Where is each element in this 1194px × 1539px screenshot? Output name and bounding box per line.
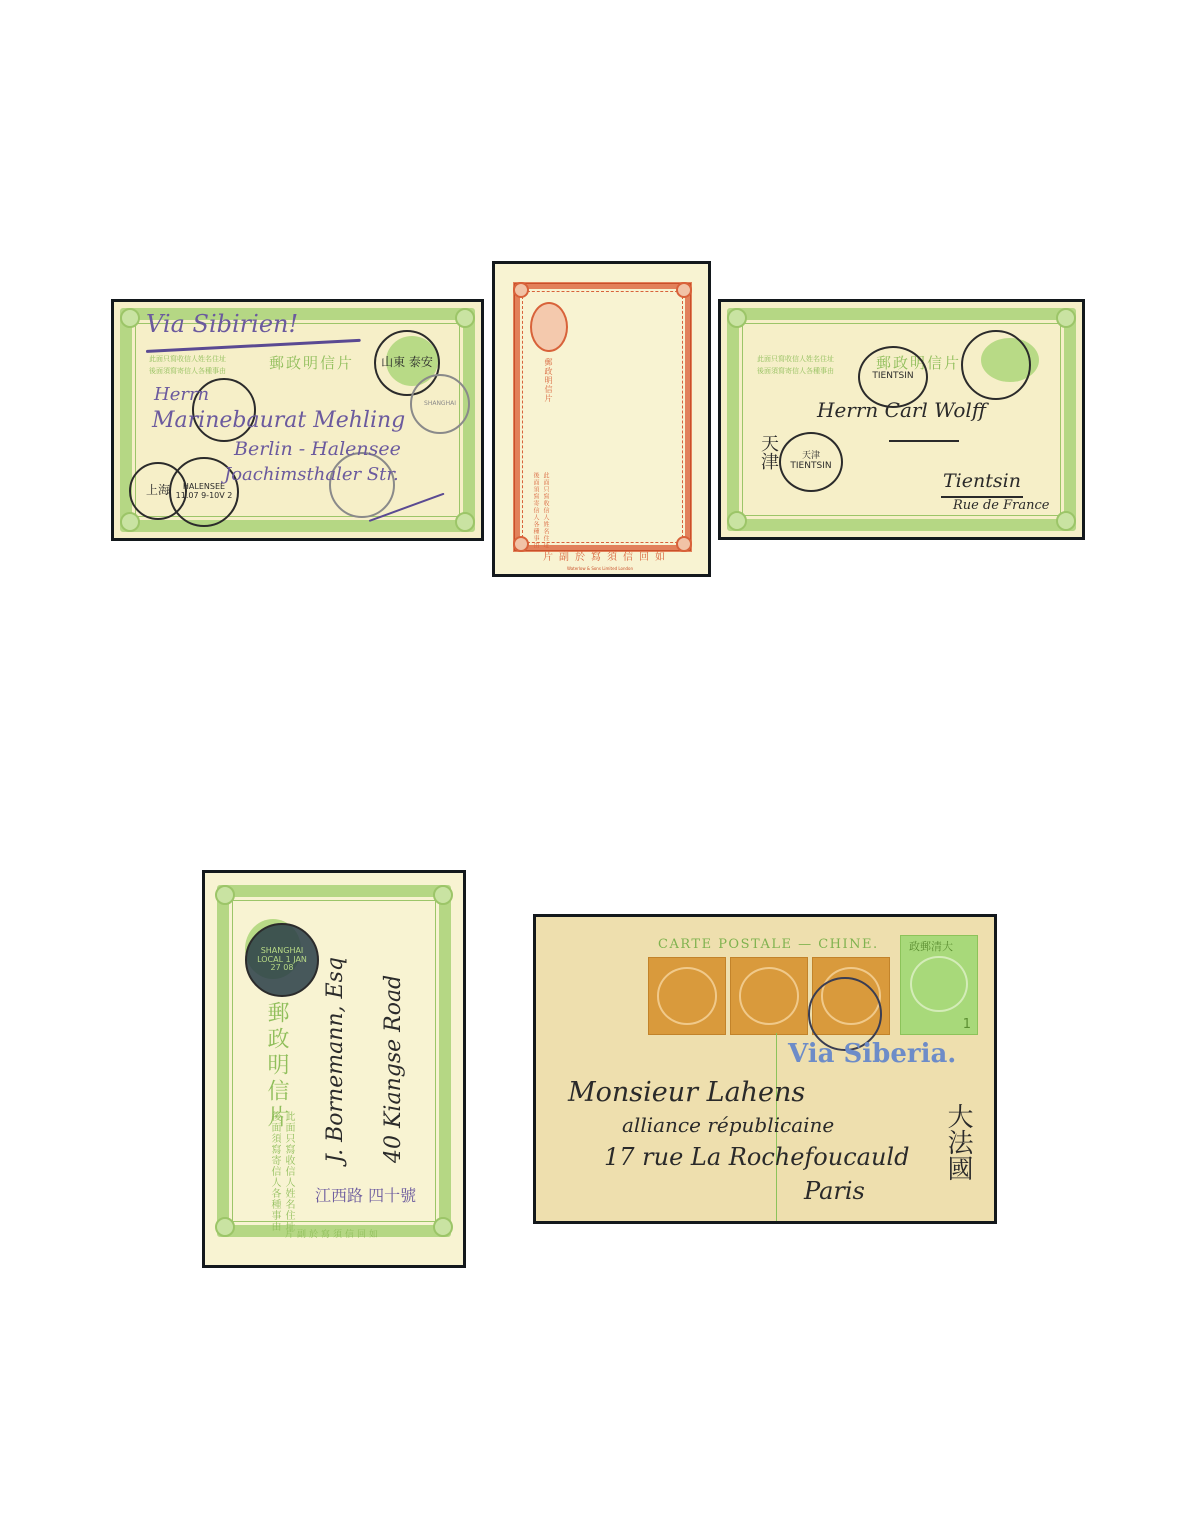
postcard-red-unused: 郵政明信片 此面只寫收信人姓名住址 後面須寫寄信人各種事由 如回信須寫於副片 W… [492, 261, 711, 577]
manuscript-chinese: 江西路 四十號 [315, 1183, 416, 1206]
bottom-reply-text: 如回信須寫於副片 [285, 1227, 381, 1240]
manuscript-address-line: alliance républicaine [622, 1113, 834, 1137]
corner-ornament-icon [433, 885, 453, 905]
corner-ornament-icon [1056, 308, 1076, 328]
manuscript-address-line: 40 Kiangse Road [381, 933, 406, 1163]
manuscript-routing: Via Sibirien! [146, 310, 298, 338]
manuscript-address-line: Monsieur Lahens [568, 1077, 805, 1108]
manuscript-address-line: Joachimsthaler Str. [224, 464, 399, 485]
printed-instruction: 此面只寫收信人姓名住址 [757, 354, 834, 364]
adhesive-stamp-1 [648, 957, 726, 1035]
corner-ornament-icon [676, 282, 692, 298]
postmark-shanghai: SHANGHAI [410, 374, 470, 434]
manuscript-address-line: Herrn Carl Wolff [817, 398, 986, 422]
manuscript-address-line: Tientsin [943, 470, 1021, 492]
adhesive-stamp-2 [730, 957, 808, 1035]
manuscript-address-line: Marinebaurat Mehling [152, 408, 405, 433]
corner-ornament-icon [676, 536, 692, 552]
printed-title: 郵政明信片 [543, 358, 554, 403]
manuscript-address-line: J. Bornemann, Esq [323, 913, 348, 1163]
manuscript-chinese: 天津 [755, 434, 781, 470]
stamp-value: 1 [963, 1017, 971, 1032]
corner-ornament-icon [120, 512, 140, 532]
corner-ornament-icon [727, 511, 747, 531]
corner-ornament-icon [120, 308, 140, 328]
printed-instruction: 此面只寫收信人姓名住址 [281, 1111, 296, 1232]
manuscript-chinese: 大法國 [940, 1103, 977, 1181]
bottom-reply-text: 如回信須寫於副片 [543, 548, 671, 563]
manuscript-address-line: Rue de France [953, 498, 1049, 513]
corner-ornament-icon [215, 1217, 235, 1237]
corner-ornament-icon [433, 1217, 453, 1237]
postcard-shanghai-local: SHANGHAI LOCAL 1 JAN 27 08 郵政明信片 此面只寫收信人… [202, 870, 466, 1268]
manuscript-address-line: Herrn [154, 384, 209, 405]
corner-ornament-icon [727, 308, 747, 328]
postmark-shanghai-chinese: 上海 [129, 462, 187, 520]
printed-instruction: 此面只寫收信人姓名住址 [541, 472, 550, 549]
printed-title: CARTE POSTALE — CHINE. [658, 937, 879, 952]
via-siberia-cachet: Via Siberia. [788, 1039, 956, 1069]
corner-ornament-icon [455, 512, 475, 532]
postmark-shanghai-local: SHANGHAI LOCAL 1 JAN 27 08 [245, 923, 319, 997]
underline [889, 440, 959, 442]
corner-ornament-icon [513, 282, 529, 298]
printer-imprint: Waterlow & Sons Limited London [567, 566, 633, 571]
postmark-tientsin-bilingual: 天津 TIENTSIN [779, 432, 843, 492]
postmark-arrival [329, 452, 395, 518]
stamp-legend: 大清郵政 [909, 938, 953, 954]
printed-instruction: 後面須寫寄信人各種事由 [149, 366, 226, 376]
postcard-via-siberia-paris: CARTE POSTALE — CHINE. 大清郵政 1 Via Siberi… [533, 914, 997, 1224]
postcard-via-sibirien: 郵政明信片 此面只寫收信人姓名住址 後面須寫寄信人各種事由 山東 泰安 SHAN… [111, 299, 484, 541]
manuscript-address-line: Berlin - Halensee [234, 438, 401, 460]
printed-title: 郵政明信片 [269, 352, 354, 373]
imprinted-dragon-stamp: 大清郵政 1 [900, 935, 978, 1035]
postmark-receiving [961, 330, 1031, 400]
manuscript-address-line: 17 rue La Rochefoucauld [604, 1143, 909, 1171]
corner-ornament-icon [1056, 511, 1076, 531]
corner-ornament-icon [455, 308, 475, 328]
printed-instruction: 後面須寫寄信人各種事由 [757, 366, 834, 376]
printed-instruction: 後面須寫寄信人各種事由 [267, 1111, 282, 1232]
printed-instruction: 此面只寫收信人姓名住址 [149, 354, 226, 364]
imprinted-dragon-stamp [530, 302, 568, 352]
manuscript-address-line: Paris [804, 1177, 865, 1205]
corner-ornament-icon [513, 536, 529, 552]
printed-instruction: 後面須寫寄信人各種事由 [531, 472, 540, 549]
postcard-tientsin: 此面只寫收信人姓名住址 後面須寫寄信人各種事由 郵政明信片 TIENTSIN 天… [718, 299, 1085, 540]
corner-ornament-icon [215, 885, 235, 905]
